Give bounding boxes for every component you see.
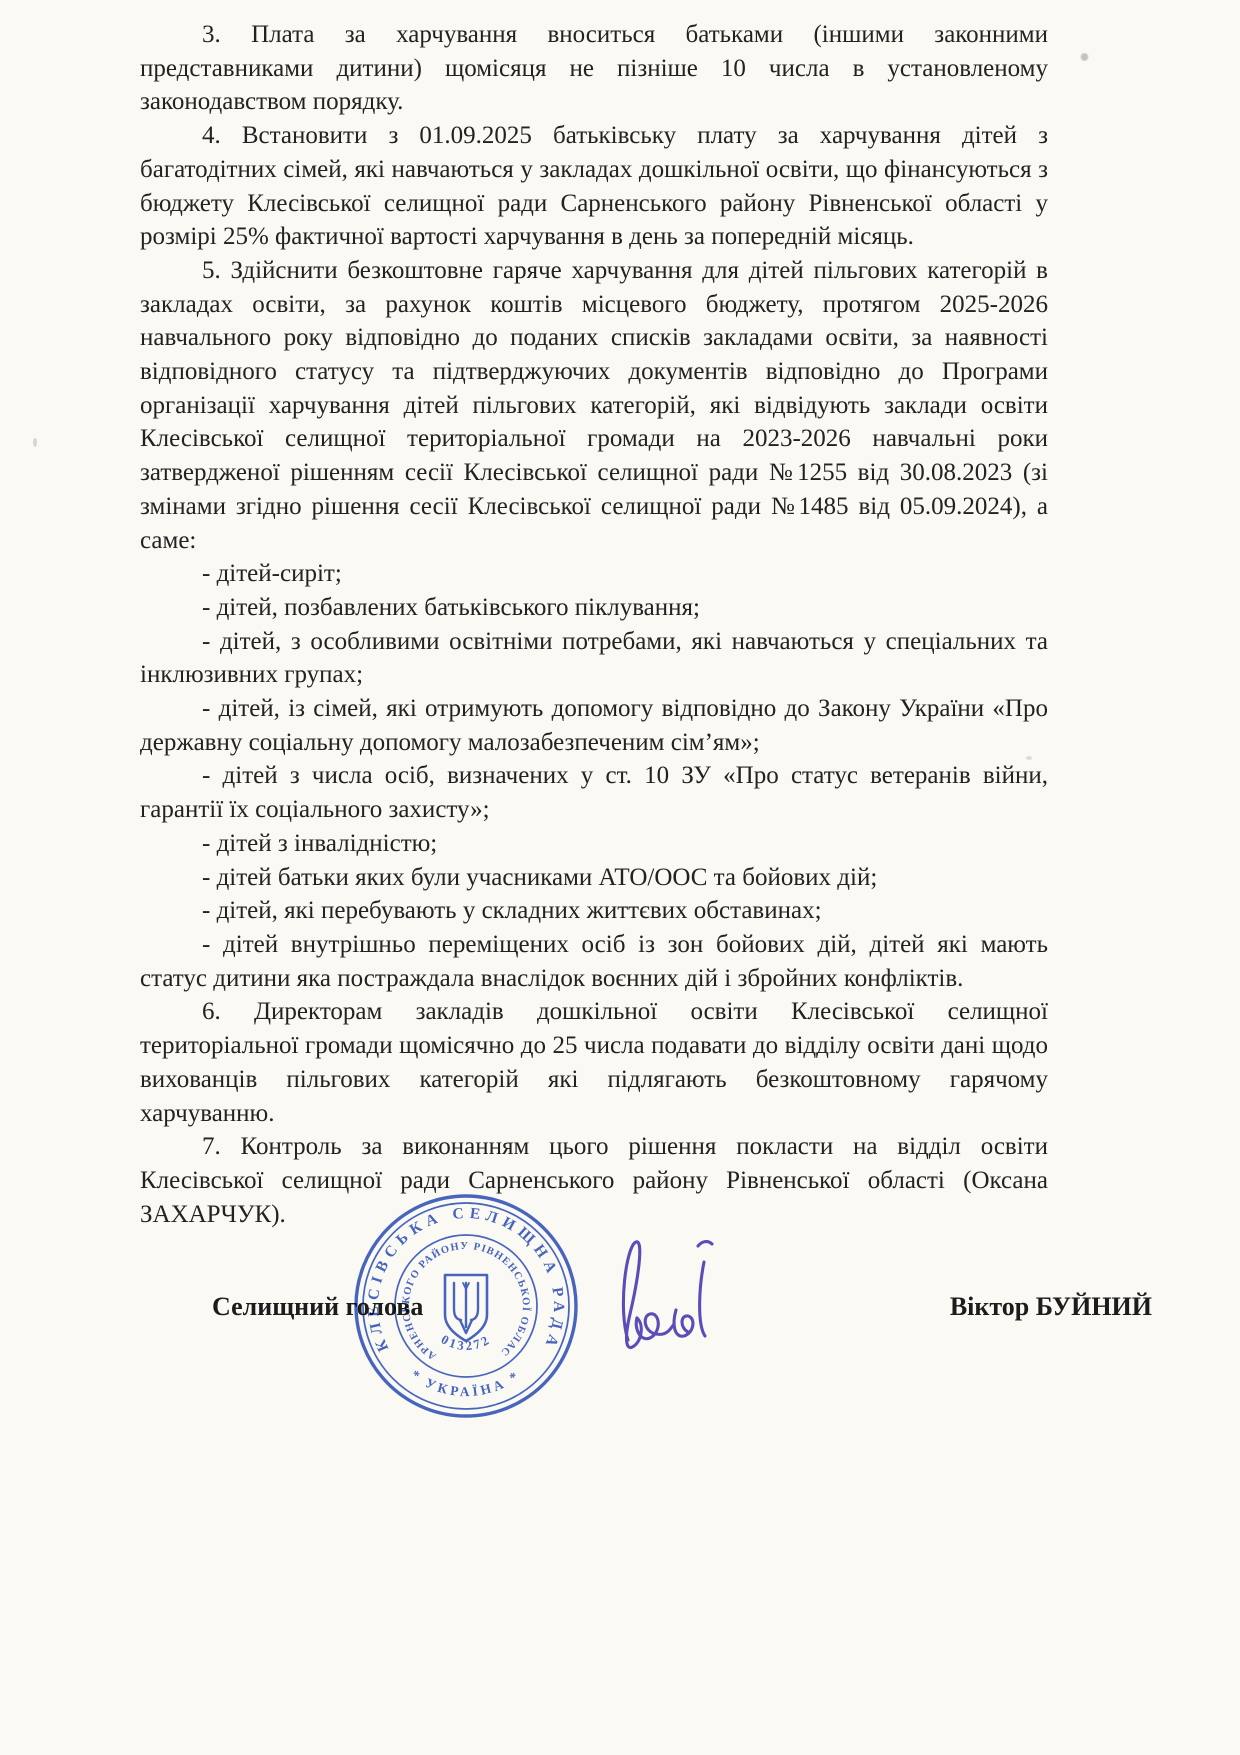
paragraph-4: 4. Встановити з 01.09.2025 батьківську п… [140,119,1048,254]
official-round-stamp: КЛЕСІВСЬКА СЕЛИЩНА РАДА * УКРАЇНА * САРН… [353,1193,579,1419]
list-item: - дітей, які перебувають у складних житт… [140,894,1048,928]
list-item: - дітей, з особливими освітніми потребам… [140,625,1048,692]
document-text-block: 3. Плата за харчування вноситься батькам… [140,18,1048,1231]
paragraph-3: 3. Плата за харчування вноситься батькам… [140,18,1048,119]
list-item: - дітей з числа осіб, визначених у ст. 1… [140,759,1048,826]
paragraph-7: 7. Контроль за виконанням цього рішення … [140,1130,1048,1231]
stamp-ring-bottom-text: * УКРАЇНА * [408,1367,523,1399]
paragraph-5: 5. Здійснити безкоштовне гаряче харчуван… [140,254,1048,557]
trident-shield-icon [445,1275,487,1341]
list-item: - дітей внутрішньо переміщених осіб із з… [140,928,1048,995]
list-item: - дітей з інвалідністю; [140,827,1048,861]
list-item: - дітей, позбавлених батьківського піклу… [140,591,1048,625]
scanned-document-page: 3. Плата за харчування вноситься батькам… [0,0,1240,1755]
signatory-name: Віктор БУЙНИЙ [950,1292,1152,1322]
scan-speck [1026,756,1032,760]
benefit-categories-list: - дітей-сиріт; - дітей, позбавлених бать… [140,557,1048,995]
handwritten-signature [610,1232,750,1357]
list-item: - дітей-сиріт; [140,557,1048,591]
scan-speck [1080,52,1089,62]
list-item: - дітей батьки яких були учасниками АТО/… [140,861,1048,895]
scan-speck [33,438,37,447]
paragraph-6: 6. Директорам закладів дошкільної освіти… [140,995,1048,1130]
list-item: - дітей, із сімей, які отримують допомог… [140,692,1048,759]
